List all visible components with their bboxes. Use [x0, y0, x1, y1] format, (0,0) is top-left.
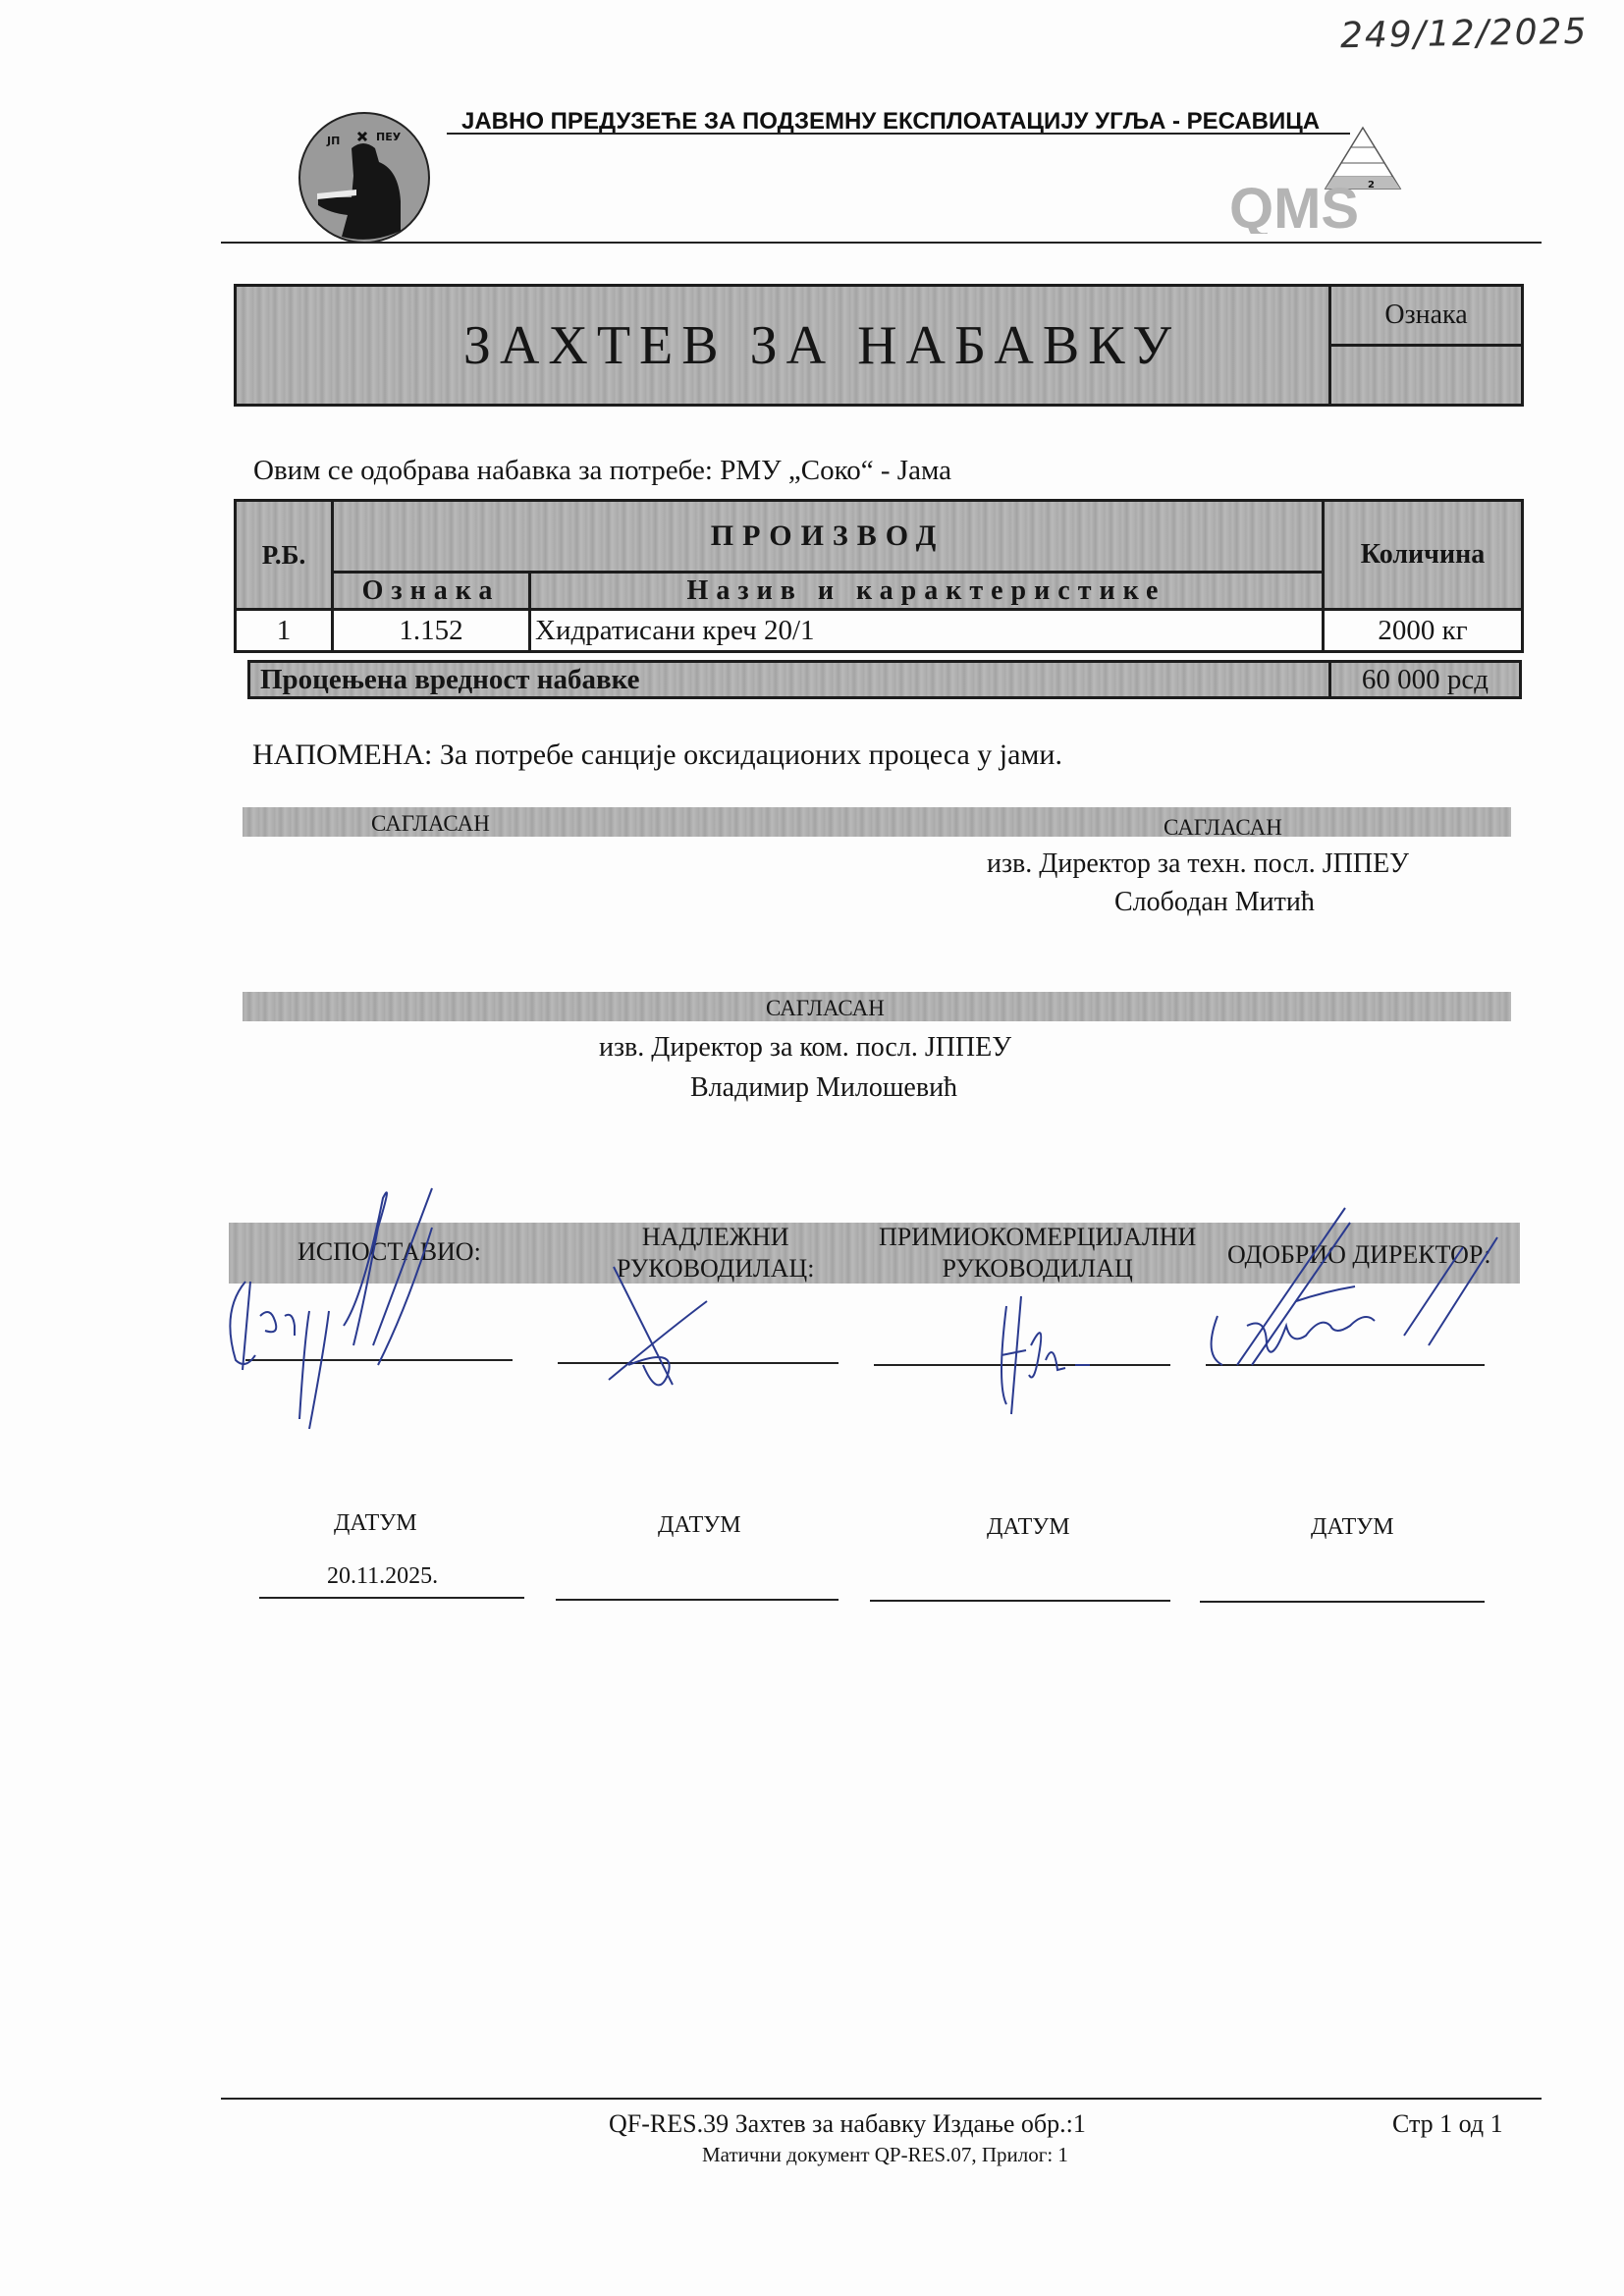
- cell-code: 1.152: [333, 610, 530, 652]
- organization-underline: [447, 133, 1350, 135]
- document-title: ЗАХТЕВ ЗА НАБАВКУ: [385, 314, 1180, 377]
- date-line-1: [259, 1597, 524, 1599]
- signature-1-icon: [216, 1188, 540, 1434]
- svg-text:ЈП: ЈП: [326, 135, 340, 147]
- header-divider: [221, 242, 1542, 244]
- header-rb: Р.Б.: [236, 501, 333, 610]
- consent-right-label: САГЛАСАН: [1164, 815, 1282, 841]
- header-product: ПРОИЗВОД: [333, 501, 1324, 573]
- date-label-3: ДАТУМ: [987, 1514, 1070, 1541]
- consent-left-label: САГЛАСАН: [371, 811, 490, 837]
- header-quantity: Количина: [1324, 501, 1523, 610]
- consent-right-name: Слободан Митић: [1114, 887, 1315, 918]
- document-title-box: ЗАХТЕВ ЗА НАБАВКУ Ознака: [234, 284, 1524, 407]
- table-row: 1 1.152 Хидратисани креч 20/1 2000 кг: [236, 610, 1523, 652]
- footer-page-number: Стр 1 од 1: [1392, 2109, 1503, 2139]
- signature-4-icon: [1198, 1208, 1512, 1404]
- cell-name: Хидратисани креч 20/1: [530, 610, 1324, 652]
- signature-title-commercial-manager: ПРИМИОКОМЕРЦИЈАЛНИРУКОВОДИЛАЦ: [879, 1222, 1196, 1285]
- estimated-value-row: Процењена вредност набавке 60 000 рсд: [247, 660, 1522, 699]
- cell-rb: 1: [236, 610, 333, 652]
- svg-text:QMS: QMS: [1229, 177, 1359, 234]
- footer-document-code: QF-RES.39 Захтев за набавку Издање обр.:…: [609, 2109, 1086, 2139]
- date-label-2: ДАТУМ: [658, 1512, 741, 1539]
- footer-parent-document: Матични документ QP-RES.07, Прилог: 1: [702, 2143, 1068, 2167]
- svg-text:ПЕУ: ПЕУ: [376, 131, 402, 143]
- note: НАПОМЕНА: За потребе санције оксидациони…: [252, 738, 1062, 772]
- date-value-1: 20.11.2025.: [327, 1563, 438, 1590]
- consent-center-role: изв. Директор за ком. посл. ЈППЕУ: [599, 1032, 1011, 1064]
- handwritten-reference-number: 249/12/2025: [1340, 12, 1589, 56]
- cell-quantity: 2000 кг: [1324, 610, 1523, 652]
- footer-divider: [221, 2098, 1542, 2100]
- qms-pyramid-icon: 2 QMS: [1225, 126, 1402, 234]
- header-code: Ознака: [333, 573, 530, 610]
- date-line-3: [870, 1600, 1170, 1602]
- consent-center-label: САГЛАСАН: [766, 996, 885, 1021]
- header-name: Назив и карактеристике: [530, 573, 1324, 610]
- organization-name: ЈАВНО ПРЕДУЗЕЋЕ ЗА ПОДЗЕМНУ ЕКСПЛОАТАЦИЈ…: [461, 108, 1320, 136]
- signature-3-icon: [982, 1277, 1139, 1424]
- date-label-1: ДАТУМ: [334, 1510, 417, 1537]
- date-line-2: [556, 1599, 839, 1601]
- document-code-label: Ознака: [1331, 287, 1521, 347]
- signature-2-icon: [589, 1257, 785, 1404]
- date-label-4: ДАТУМ: [1311, 1514, 1394, 1541]
- approval-statement: Овим се одобрава набавка за потребе: РМУ…: [253, 455, 951, 487]
- estimated-value-amount: 60 000 рсд: [1328, 663, 1519, 696]
- consent-center-name: Владимир Милошевић: [690, 1072, 957, 1104]
- product-table: Р.Б. ПРОИЗВОД Количина Ознака Назив и ка…: [234, 499, 1524, 653]
- svg-text:2: 2: [1368, 180, 1375, 191]
- estimated-value-label: Процењена вредност набавке: [260, 663, 639, 696]
- consent-right-role: изв. Директор за техн. посл. ЈППЕУ: [987, 848, 1409, 880]
- document-code-value: [1331, 347, 1521, 404]
- miner-logo-icon: ЈП ПЕУ: [298, 111, 431, 245]
- qms-logo: 2 QMS: [1225, 126, 1402, 234]
- company-logo: ЈП ПЕУ: [298, 111, 431, 245]
- date-line-4: [1200, 1601, 1485, 1603]
